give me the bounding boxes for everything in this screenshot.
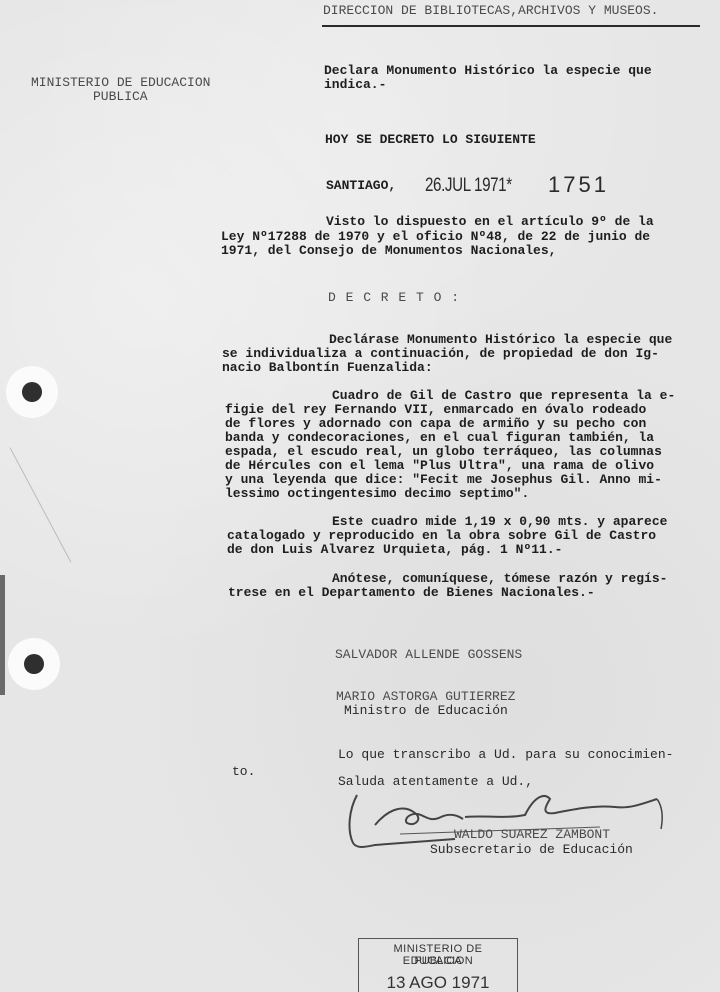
anotese-line1: Anótese, comuníquese, tómese razón y reg…: [332, 572, 667, 586]
transcribo-line1: Lo que transcribo a Ud. para su conocimi…: [338, 748, 673, 762]
anotese-line2: trese en el Departamento de Bienes Nacio…: [228, 586, 595, 600]
transcribo-line2: to.: [232, 765, 255, 779]
department-header: DIRECCION DE BIBLIOTECAS,ARCHIVOS Y MUSE…: [323, 4, 658, 18]
punch-hole-dot: [22, 382, 42, 402]
cuadro-line2: figie del rey Fernando VII, enmarcado en…: [225, 403, 646, 417]
subject-line1: Declara Monumento Histórico la especie q…: [324, 64, 652, 78]
cuadro-line4: banda y condecoraciones, en el cual figu…: [225, 431, 654, 445]
visto-line3: 1971, del Consejo de Monumentos Nacional…: [221, 244, 556, 258]
cuadro-line5: espada, el escudo real, un globo terráqu…: [225, 445, 662, 459]
visto-line1: Visto lo dispuesto en el artículo 9º de …: [326, 215, 654, 229]
medidas-line1: Este cuadro mide 1,19 x 0,90 mts. y apar…: [332, 515, 667, 529]
stamp-publica: PUBLICA: [359, 955, 517, 967]
cuadro-line3: de flores y adornado con capa de armiño …: [225, 417, 646, 431]
ministry-name-line1: MINISTERIO DE EDUCACION: [31, 76, 210, 90]
cuadro-line1: Cuadro de Gil de Castro que representa l…: [332, 389, 675, 403]
president-name: SALVADOR ALLENDE GOSSENS: [335, 648, 522, 662]
minister-title: Ministro de Educación: [344, 704, 508, 718]
decree-number: 1751: [548, 174, 609, 196]
declarase-line1: Declárase Monumento Histórico la especie…: [329, 333, 672, 347]
ministry-name-line2: PUBLICA: [93, 90, 148, 104]
paper-crease: [10, 447, 72, 562]
medidas-line2: catalogado y reproducido en la obra sobr…: [227, 529, 656, 543]
cuadro-line6: de Hércules con el lema "Plus Ultra", un…: [225, 459, 654, 473]
page-edge-shadow: [0, 575, 5, 695]
declarase-line3: nacio Balbontín Fuenzalida:: [222, 361, 433, 375]
medidas-line3: de don Luis Alvarez Urquieta, pág. 1 Nº1…: [227, 543, 562, 557]
minister-name: MARIO ASTORGA GUTIERREZ: [336, 690, 515, 704]
received-stamp: MINISTERIO DE EDUCACION PUBLICA 13 AGO 1…: [358, 938, 518, 992]
cuadro-line7: y una leyenda que dice: "Fecit me Joseph…: [225, 473, 662, 487]
visto-line2: Ley Nº17288 de 1970 y el oficio Nº48, de…: [221, 230, 650, 244]
decree-heading: HOY SE DECRETO LO SIGUIENTE: [325, 133, 536, 147]
punch-hole-top: [6, 366, 58, 418]
stamp-date: 13 AGO 1971: [359, 973, 517, 992]
dateline-date-stamp: 26.JUL 1971*: [425, 176, 512, 196]
cuadro-line8: lessimo octingentesimo decimo septimo".: [225, 487, 529, 501]
undersecretary-name: WALDO SUAREZ ZAMBONT: [454, 828, 610, 842]
punch-hole-bottom: [8, 638, 60, 690]
dateline-city: SANTIAGO,: [326, 179, 396, 193]
punch-hole-dot: [24, 654, 44, 674]
header-underline: [322, 25, 700, 27]
subject-line2: indica.-: [324, 78, 386, 92]
undersecretary-title: Subsecretario de Educación: [430, 843, 633, 857]
decreto-label: D E C R E T O :: [328, 291, 460, 305]
declarase-line2: se individualiza a continuación, de prop…: [222, 347, 659, 361]
